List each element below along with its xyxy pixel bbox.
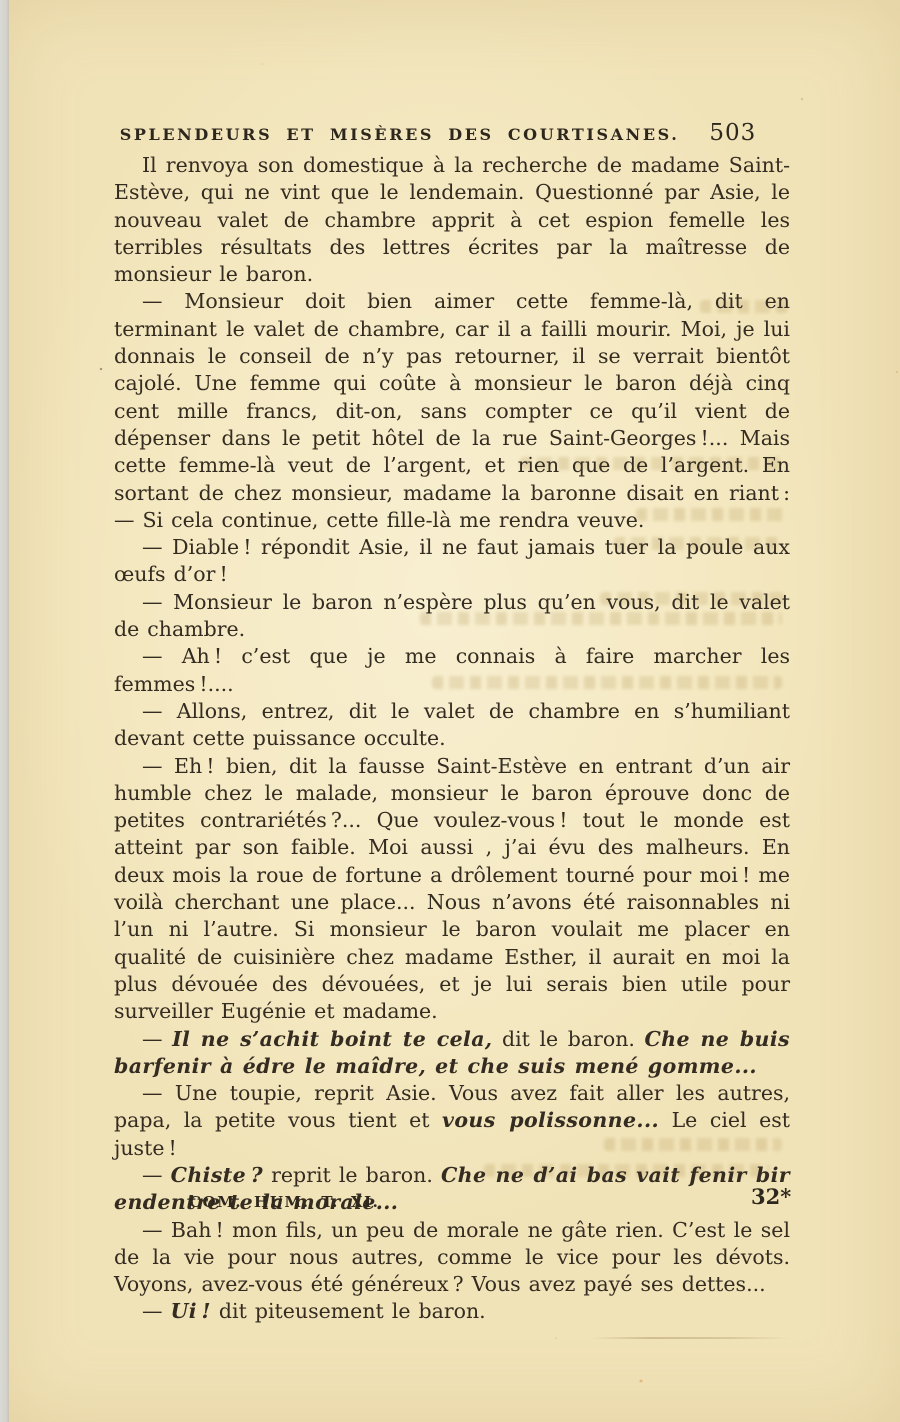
page-number: 503 [709,120,756,146]
page-text: Il renvoya son domestique à la recherche… [114,152,790,1326]
sheet-signature: 32* [751,1184,791,1209]
text-run: — Diable ! répondit Asie, il ne faut jam… [114,535,790,586]
italic-run: Chiste ? [171,1163,263,1187]
running-title: SPLENDEURS ET MISÈRES DES COURTISANES. [120,125,680,144]
scan-edge-strip [0,0,9,1422]
scratch-mark [590,1337,790,1339]
text-run: — [142,1163,171,1187]
page-header: SPLENDEURS ET MISÈRES DES COURTISANES. 5… [100,120,776,146]
italic-run: vous polissonne... [442,1108,659,1132]
text-run: dit piteusement le baron. [211,1299,486,1323]
paragraph: — Allons, entrez, dit le valet de chambr… [114,698,790,753]
volume-signature: COM. HUM. T. XI. [189,1193,380,1211]
paragraph: — Il ne s’achit boint te cela, dit le ba… [114,1026,790,1081]
text-run: — Allons, entrez, dit le valet de chambr… [114,699,790,750]
italic-run: Il ne s’achit boint te cela, [172,1027,492,1051]
text-run: — [142,1299,171,1323]
text-run: Il renvoya son domestique à la recherche… [114,153,790,286]
text-run: — Ah ! c’est que je me connais à faire m… [114,644,790,695]
text-run: dit le baron. [492,1027,644,1051]
text-run: — [142,1027,172,1051]
text-run: — Monsieur doit bien aimer cette femme-l… [114,289,790,531]
paragraph: — Diable ! répondit Asie, il ne faut jam… [114,534,790,589]
book-page: SPLENDEURS ET MISÈRES DES COURTISANES. 5… [0,0,900,1422]
text-run: — Monsieur le baron n’espère plus qu’en … [114,590,790,641]
text-run: — Bah ! mon fils, un peu de morale ne gâ… [114,1218,790,1297]
paragraph: — Ui ! dit piteusement le baron. [114,1298,790,1325]
paragraph: — Une toupie, reprit Asie. Vous avez fai… [114,1080,790,1162]
paragraph: — Bah ! mon fils, un peu de morale ne gâ… [114,1217,790,1299]
paragraph: Il renvoya son domestique à la recherche… [114,152,790,288]
italic-run: Ui ! [171,1299,211,1323]
text-run: — Eh ! bien, dit la fausse Saint-Estève … [114,754,790,1024]
text-run: reprit le baron. [263,1163,441,1187]
paragraph: — Ah ! c’est que je me connais à faire m… [114,643,790,698]
paragraph: — Eh ! bien, dit la fausse Saint-Estève … [114,753,790,1026]
paragraph: — Monsieur doit bien aimer cette femme-l… [114,288,790,534]
paragraph: — Monsieur le baron n’espère plus qu’en … [114,589,790,644]
